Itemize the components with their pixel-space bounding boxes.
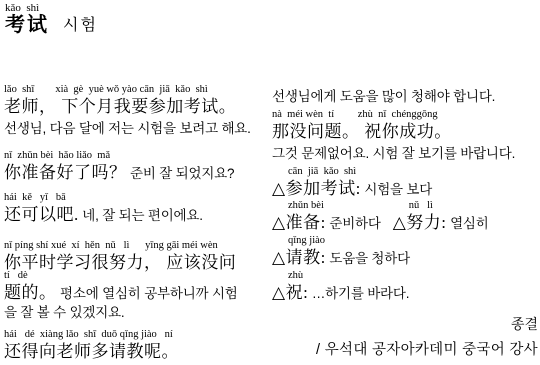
dialogue-line: nǐ zhǔn bèi hǎo liǎo mǎ 你准备好了吗？ 준비 잘 되었지…	[4, 150, 268, 184]
chinese-text: 题的。	[4, 283, 57, 302]
pinyin-text: nǐ zhǔn bèi hǎo liǎo mǎ	[4, 150, 268, 162]
dialogue-translation: 선생님, 다음 달에 저는 시험을 보려고 해요.	[4, 120, 268, 137]
korean-text: 준비하다	[326, 216, 381, 231]
footer-credit: / 우석대 공자아카데미 중국어 강사	[272, 341, 538, 359]
vocab-item: cān jiā kǎo shì △参加考试: 시험을 보다	[272, 166, 432, 200]
vocab-item: nǔ lì △努力: 열심히	[393, 200, 489, 234]
korean-text: …하기를 바라다.	[308, 286, 409, 301]
korean-text: 을 잘 볼 수 있겠지요.	[4, 305, 124, 320]
textbook-page: kǎo shì 考试 시험 lǎo shī xià gè yuè wǒ yào …	[0, 0, 540, 365]
pinyin-text: nǐ píng shí xué xí hěn nǔ lì yīng gāi mé…	[4, 240, 268, 252]
title-hanzi: 考试	[5, 14, 49, 36]
korean-text: 선생님에게 도움을 많이 청해야 합니다.	[272, 89, 495, 104]
dialogue-line: nǐ píng shí xué xí hěn nǔ lì yīng gāi mé…	[4, 240, 268, 274]
vocab-row: zhǔn bèi △准备: 준비하다 nǔ lì △努力: 열심히	[272, 200, 538, 234]
dialogue-translation: 을 잘 볼 수 있겠지요.	[4, 304, 268, 321]
korean-text: 선생님, 다음 달에 저는 시험을 보려고 해요.	[4, 121, 251, 136]
korean-text: 평소에 열심히 공부하니까 시험	[57, 286, 238, 301]
dialogue-translation: 선생님에게 도움을 많이 청해야 합니다.	[272, 88, 538, 105]
chinese-text: △努力:	[393, 213, 447, 232]
pinyin-text: nǔ lì	[409, 200, 489, 212]
dialogue-line: nà méi wèn tí zhù nǐ chénggōng 那没问题。 祝你成…	[272, 109, 538, 143]
footer-ending-label: 종결	[272, 316, 538, 333]
vocab-row: zhù △祝: …하기를 바라다.	[272, 270, 538, 304]
chinese-text: 你准备好了吗？	[4, 163, 127, 182]
pinyin-text: cān jiā kǎo shì	[288, 166, 432, 178]
chinese-text: △准备:	[272, 213, 326, 232]
pinyin-text: nà méi wèn tí zhù nǐ chénggōng	[272, 109, 538, 121]
chinese-text: △参加考试:	[272, 179, 361, 198]
vocab-item: qǐng jiào △请教: 도움을 청하다	[272, 235, 410, 269]
pinyin-text: hái dé xiàng lǎo shī duō qǐng jiào ní	[4, 329, 268, 341]
dialogue-line: lǎo shī xià gè yuè wǒ yào cān jiā kǎo sh…	[4, 84, 268, 118]
dialogue-translation: 그것 문제없어요. 시험 잘 보기를 바랍니다.	[272, 145, 538, 162]
chinese-text: 老师， 下个月我要参加考试。	[4, 97, 236, 116]
page-title: kǎo shì 考试 시험	[5, 2, 98, 36]
pinyin-text: hái kě yǐ bā	[4, 192, 268, 204]
vocab-item: zhù △祝: …하기를 바라다.	[272, 270, 409, 304]
chinese-text: 还可以吧.	[4, 205, 79, 224]
title-pinyin: kǎo shì	[5, 2, 98, 14]
pinyin-text: qǐng jiào	[288, 235, 410, 247]
dialogue-line: tí dè 题的。 평소에 열심히 공부하니까 시험	[4, 270, 268, 304]
chinese-text: 还得向老师多请教呢。	[4, 342, 179, 361]
pinyin-text: zhù	[288, 270, 409, 282]
pinyin-text: lǎo shī xià gè yuè wǒ yào cān jiā kǎo sh…	[4, 84, 268, 96]
dialogue-line: hái kě yǐ bā 还可以吧. 네, 잘 되는 편이에요.	[4, 192, 268, 226]
vocab-row: qǐng jiào △请教: 도움을 청하다	[272, 235, 538, 269]
chinese-text: △请教:	[272, 248, 326, 267]
title-korean: 시험	[63, 16, 98, 36]
dialogue-column-right: 선생님에게 도움을 많이 청해야 합니다. nà méi wèn tí zhù …	[272, 84, 538, 359]
chinese-text: 那没问题。 祝你成功。	[272, 122, 452, 141]
chinese-text: △祝:	[272, 283, 308, 302]
korean-text: 시험을 보다	[361, 182, 432, 197]
pinyin-text: zhǔn bèi	[288, 200, 381, 212]
dialogue-column-left: lǎo shī xià gè yuè wǒ yào cān jiā kǎo sh…	[4, 82, 268, 363]
chinese-text: 你平时学习很努力， 应该没问	[4, 253, 236, 272]
vocab-item: zhǔn bèi △准备: 준비하다	[272, 200, 381, 234]
korean-text: 그것 문제없어요. 시험 잘 보기를 바랍니다.	[272, 146, 515, 161]
korean-text: 도움을 청하다	[326, 251, 410, 266]
korean-text: 네, 잘 되는 편이에요.	[79, 208, 203, 223]
korean-text: 준비 잘 되었지요?	[127, 166, 235, 181]
vocab-row: cān jiā kǎo shì △参加考试: 시험을 보다	[272, 166, 538, 200]
dialogue-line: hái dé xiàng lǎo shī duō qǐng jiào ní 还得…	[4, 329, 268, 363]
korean-text: 열심히	[447, 216, 489, 231]
